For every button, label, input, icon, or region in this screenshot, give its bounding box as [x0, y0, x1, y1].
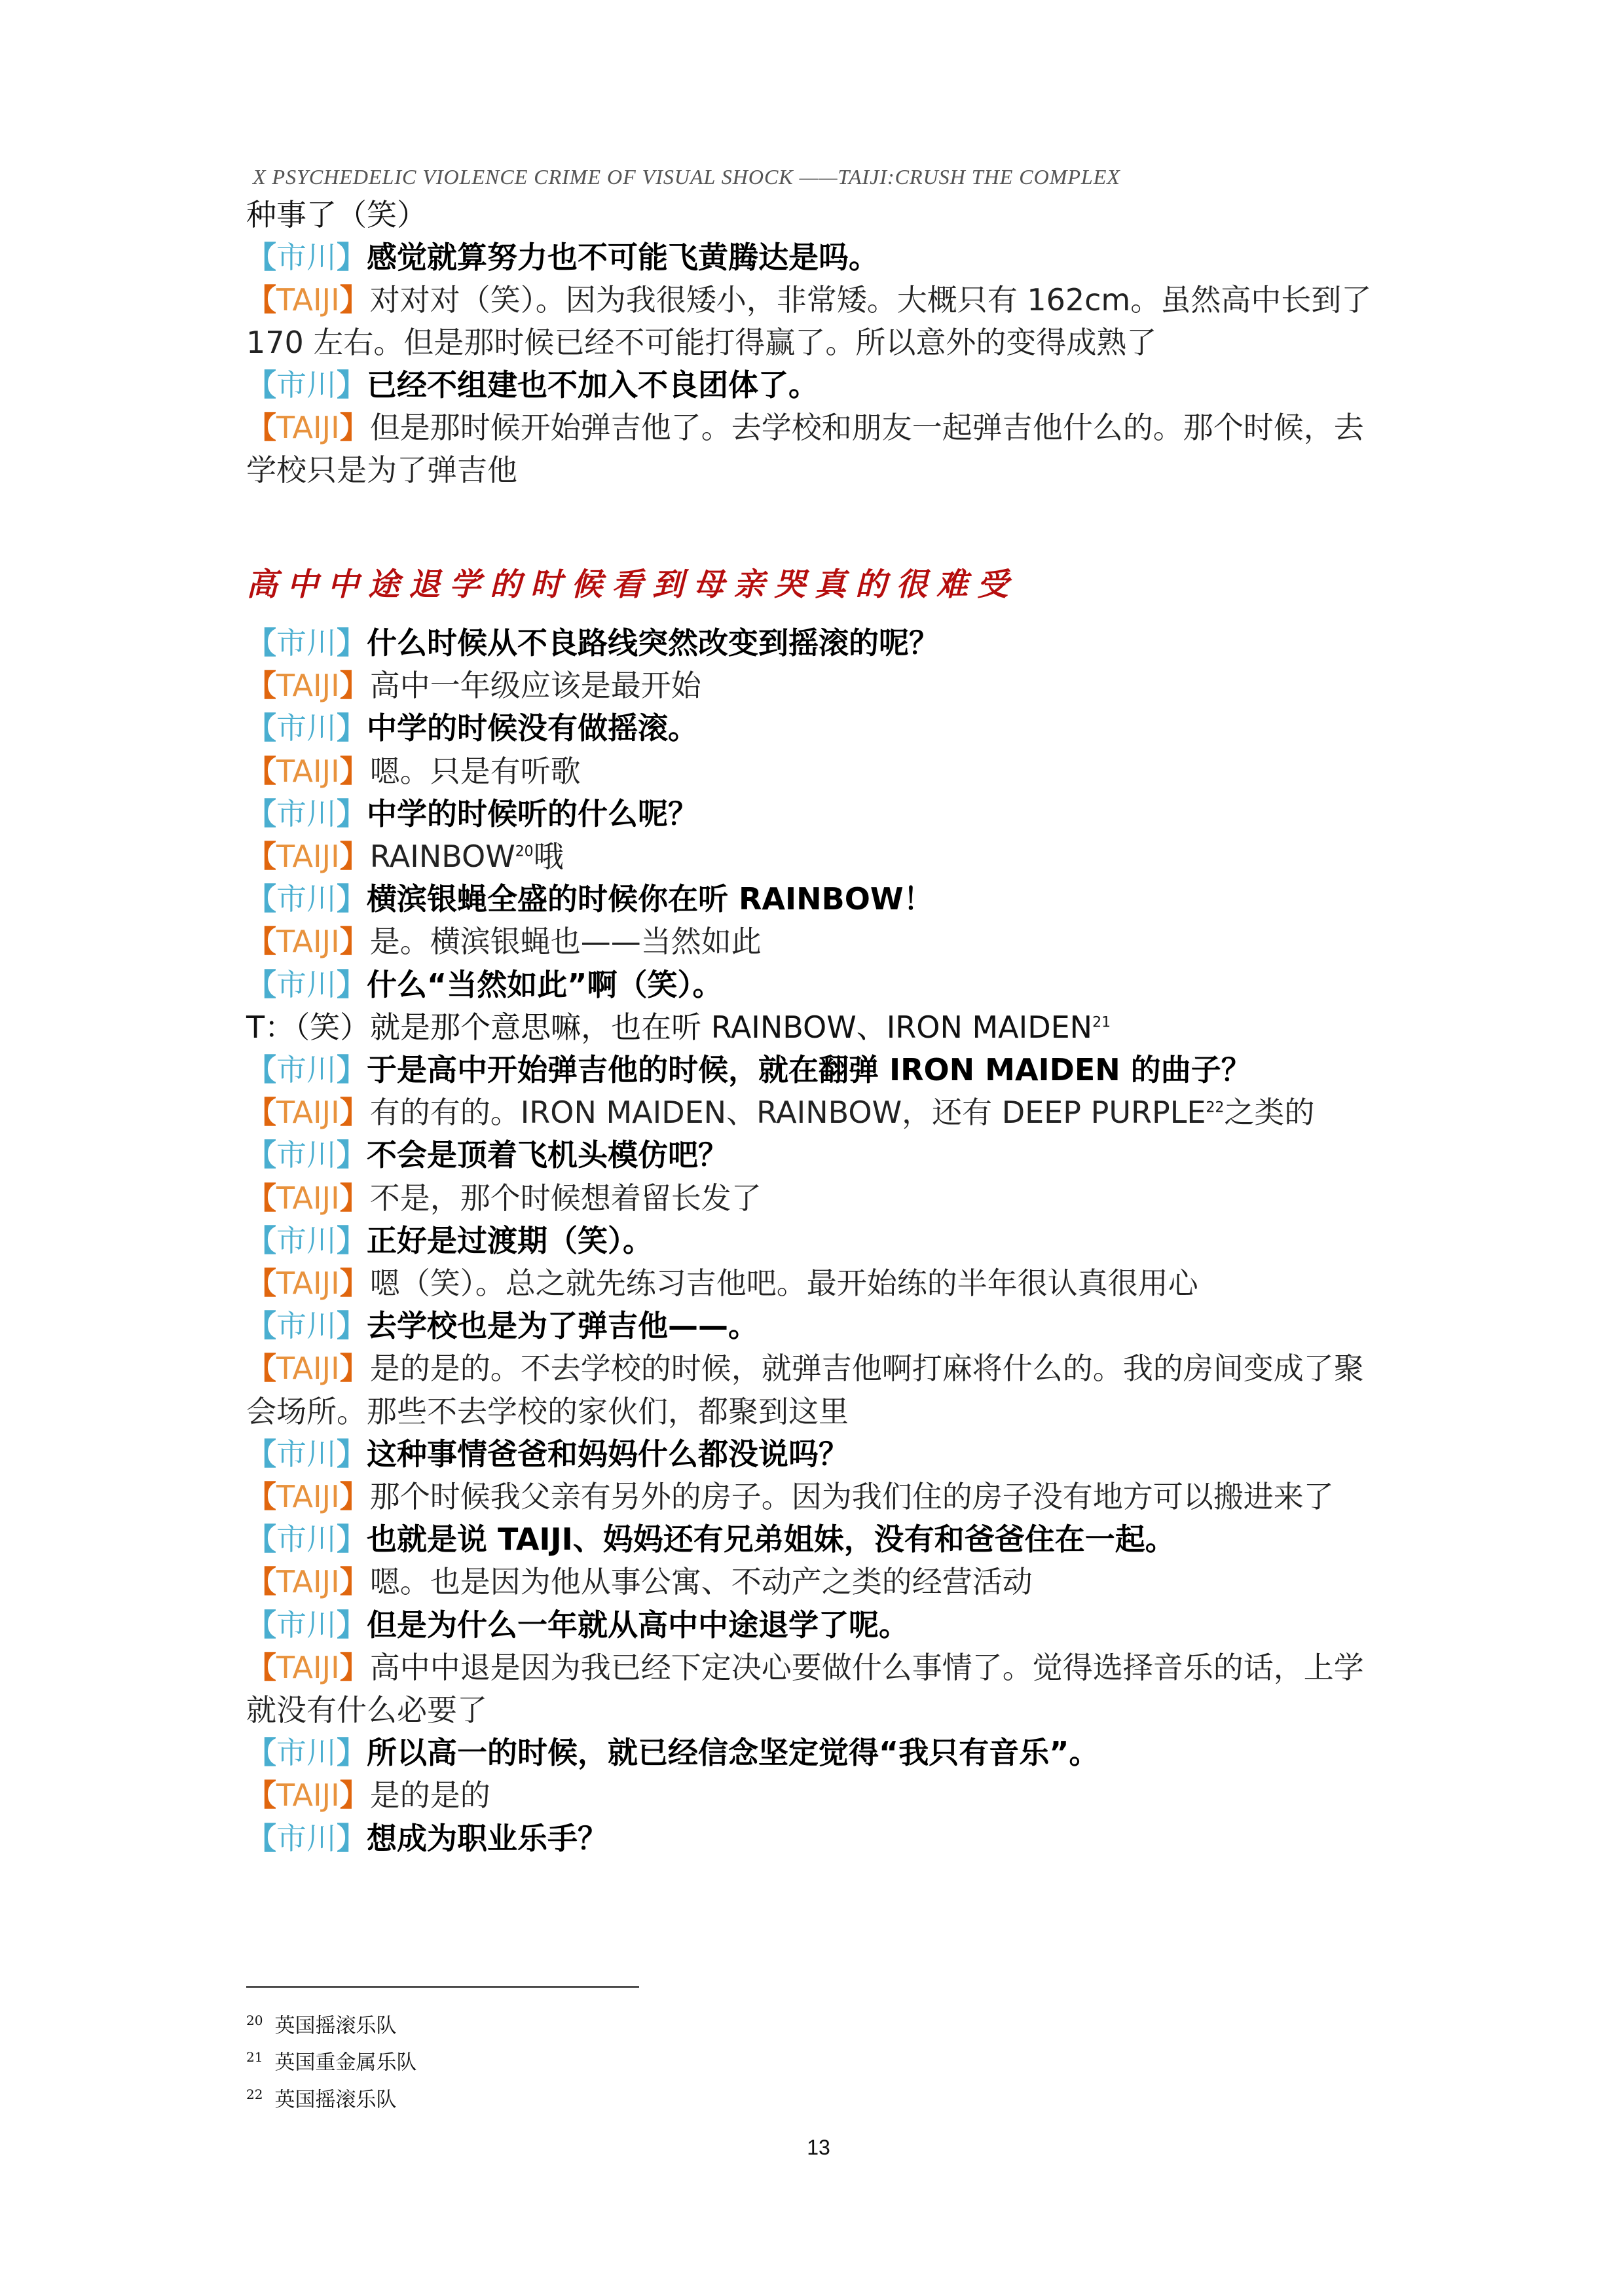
footnote-number: 20: [246, 2013, 263, 2028]
speaker-tag-ichikawa: 【市川】: [246, 367, 367, 403]
taiji-line: 【TAIJI】嗯（笑）。总之就先练习吉他吧。最开始练的半年很认真很用心: [246, 1262, 1392, 1305]
interviewer-line: 【市川】也就是说 TAIJI、妈妈还有兄弟姐妹，没有和爸爸住在一起。: [246, 1518, 1392, 1561]
section-heading: 高中中途退学的时候看到母亲哭真的很难受: [246, 559, 1018, 604]
speaker-tag-taiji: 【TAIJI】: [246, 1351, 370, 1386]
interviewer-line: 【市川】这种事情爸爸和妈妈什么都没说吗？: [246, 1433, 1392, 1476]
interviewer-line: 【市川】中学的时候没有做摇滚。: [246, 707, 1392, 750]
running-header: X PSYCHEDELIC VIOLENCE CRIME OF VISUAL S…: [253, 165, 1235, 189]
interviewer-line: 【市川】横滨银蝇全盛的时候你在听 RAINBOW！: [246, 878, 1392, 920]
interviewer-line: 【市川】中学的时候听的什么呢？: [246, 793, 1392, 835]
interviewer-line: 【市川】不会是顶着飞机头模仿吧？: [246, 1134, 1392, 1176]
speaker-tag-ichikawa: 【市川】: [246, 1735, 367, 1770]
footnote-divider: [246, 1986, 639, 1988]
speaker-tag-ichikawa: 【市川】: [246, 796, 367, 831]
speaker-tag-taiji: 【TAIJI】: [246, 410, 370, 445]
speaker-tag-ichikawa: 【市川】: [246, 1308, 367, 1343]
taiji-line: 【TAIJI】是的是的。不去学校的时候，就弹吉他啊打麻将什么的。我的房间变成了聚…: [246, 1347, 1392, 1432]
footnote-ref[interactable]: 21: [1092, 1015, 1111, 1031]
footnote-ref[interactable]: 22: [1206, 1100, 1224, 1116]
interviewer-line: 【市川】去学校也是为了弹吉他——。: [246, 1305, 1392, 1347]
speaker-tag-taiji: 【TAIJI】: [246, 839, 370, 874]
speaker-tag-ichikawa: 【市川】: [246, 1522, 367, 1557]
speaker-tag-ichikawa: 【市川】: [246, 1223, 367, 1258]
taiji-line: 【TAIJI】是的是的: [246, 1774, 1392, 1817]
footnote-number: 21: [246, 2049, 263, 2065]
interviewer-line: 【市川】什么时候从不良路线突然改变到摇滚的呢？: [246, 622, 1392, 665]
taiji-line: 【TAIJI】对对对（笑）。因为我很矮小，非常矮。大概只有 162cm。虽然高中…: [246, 279, 1392, 364]
intro-text-block: 种事了（笑） 【市川】感觉就算努力也不可能飞黄腾达是吗。 【TAIJI】对对对（…: [246, 194, 1392, 492]
speaker-tag-taiji: 【TAIJI】: [246, 1266, 370, 1301]
interview-dialog: 【市川】什么时候从不良路线突然改变到摇滚的呢？【TAIJI】高中一年级应该是最开…: [246, 622, 1392, 1860]
footnote-number: 22: [246, 2086, 263, 2102]
taiji-line: 【TAIJI】那个时候我父亲有另外的房子。因为我们住的房子没有地方可以搬进来了: [246, 1476, 1392, 1518]
interviewer-line: 【市川】所以高一的时候，就已经信念坚定觉得“我只有音乐”。: [246, 1732, 1392, 1774]
taiji-line: 【TAIJI】不是，那个时候想着留长发了: [246, 1177, 1392, 1220]
speaker-tag-taiji: 【TAIJI】: [246, 1564, 370, 1599]
speaker-tag-ichikawa: 【市川】: [246, 1052, 367, 1087]
speaker-tag-taiji: 【TAIJI】: [246, 754, 370, 789]
speaker-tag-taiji: 【TAIJI】: [246, 1095, 370, 1130]
footnote-item: 20英国摇滚乐队: [246, 2005, 416, 2041]
speaker-tag-taiji: 【TAIJI】: [246, 1479, 370, 1514]
footnotes: 20英国摇滚乐队21英国重金属乐队22英国摇滚乐队: [246, 2005, 416, 2115]
footnote-text: 英国摇滚乐队: [274, 2014, 396, 2037]
speaker-tag-ichikawa: 【市川】: [246, 967, 367, 1002]
speaker-tag-ichikawa: 【市川】: [246, 240, 367, 275]
document-page: X PSYCHEDELIC VIOLENCE CRIME OF VISUAL S…: [0, 0, 1624, 2296]
taiji-line: 【TAIJI】是。横滨银蝇也——当然如此: [246, 920, 1392, 963]
interviewer-line: 【市川】但是为什么一年就从高中中途退学了呢。: [246, 1604, 1392, 1647]
page-number: 13: [799, 2136, 838, 2160]
speaker-tag-taiji: 【TAIJI】: [246, 668, 370, 703]
text-line: T：（笑）就是那个意思嘛，也在听 RAINBOW、IRON MAIDEN21: [246, 1006, 1392, 1049]
interviewer-line: 【市川】想成为职业乐手？: [246, 1817, 1392, 1860]
taiji-line: 【TAIJI】高中一年级应该是最开始: [246, 665, 1392, 707]
speaker-tag-ichikawa: 【市川】: [246, 710, 367, 746]
interviewer-line: 【市川】正好是过渡期（笑）。: [246, 1220, 1392, 1262]
speaker-tag-taiji: 【TAIJI】: [246, 924, 370, 959]
speaker-tag-taiji: 【TAIJI】: [246, 282, 370, 318]
speaker-tag-ichikawa: 【市川】: [246, 1821, 367, 1856]
speaker-tag-ichikawa: 【市川】: [246, 1436, 367, 1472]
interviewer-line: 【市川】已经不组建也不加入不良团体了。: [246, 364, 1392, 407]
taiji-line: 【TAIJI】嗯。只是有听歌: [246, 750, 1392, 793]
speaker-tag-ichikawa: 【市川】: [246, 1607, 367, 1643]
footnote-text: 英国摇滚乐队: [274, 2088, 396, 2111]
text-line: 种事了（笑）: [246, 194, 1392, 236]
taiji-line: 【TAIJI】但是那时候开始弹吉他了。去学校和朋友一起弹吉他什么的。那个时候，去…: [246, 407, 1392, 492]
interviewer-line: 【市川】什么“当然如此”啊（笑）。: [246, 964, 1392, 1006]
speaker-tag-ichikawa: 【市川】: [246, 625, 367, 661]
taiji-line: 【TAIJI】有的有的。IRON MAIDEN、RAINBOW，还有 DEEP …: [246, 1091, 1392, 1134]
footnote-item: 21英国重金属乐队: [246, 2041, 416, 2078]
footnote-item: 22英国摇滚乐队: [246, 2079, 416, 2115]
speaker-tag-ichikawa: 【市川】: [246, 881, 367, 917]
footnote-text: 英国重金属乐队: [274, 2051, 416, 2075]
speaker-tag-taiji: 【TAIJI】: [246, 1650, 370, 1685]
taiji-line: 【TAIJI】RAINBOW20哦: [246, 835, 1392, 878]
interviewer-line: 【市川】感觉就算努力也不可能飞黄腾达是吗。: [246, 236, 1392, 279]
interviewer-line: 【市川】于是高中开始弹吉他的时候，就在翻弹 IRON MAIDEN 的曲子？: [246, 1049, 1392, 1091]
speaker-tag-ichikawa: 【市川】: [246, 1137, 367, 1173]
taiji-line: 【TAIJI】高中中退是因为我已经下定决心要做什么事情了。觉得选择音乐的话，上学…: [246, 1647, 1392, 1732]
speaker-tag-taiji: 【TAIJI】: [246, 1180, 370, 1216]
taiji-line: 【TAIJI】嗯。也是因为他从事公寓、不动产之类的经营活动: [246, 1561, 1392, 1603]
speaker-tag-taiji: 【TAIJI】: [246, 1777, 370, 1813]
footnote-ref[interactable]: 20: [515, 844, 534, 860]
